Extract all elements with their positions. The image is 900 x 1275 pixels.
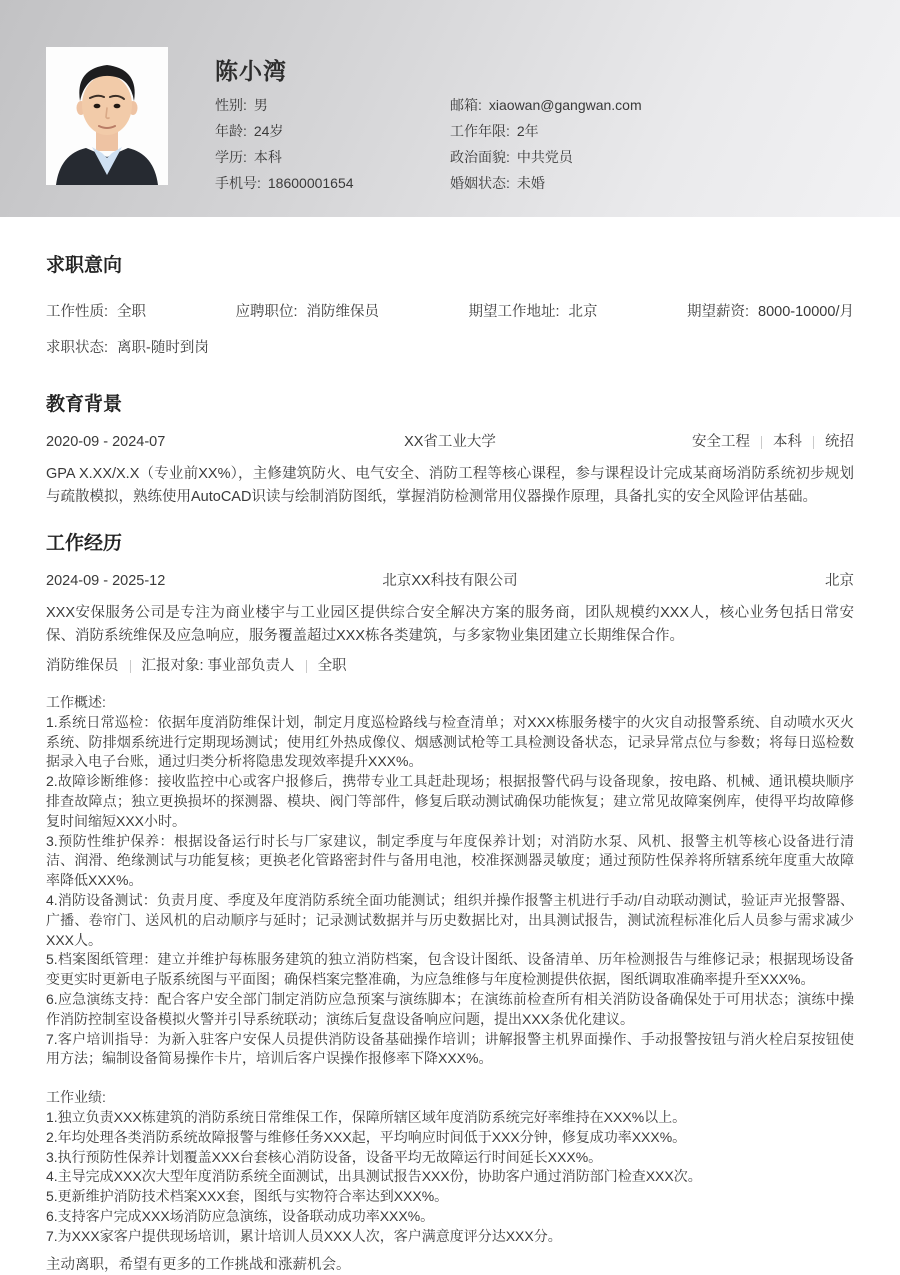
info-experience-years: 工作年限: 2年	[450, 118, 642, 144]
work-achievement-item: 3.执行预防性保养计划覆盖XXX台套核心消防设备，设备平均无故障运行时间延长XX…	[46, 1148, 854, 1168]
work-role-row: 消防维保员 汇报对象: 事业部负责人 全职	[46, 656, 854, 676]
divider-bar	[813, 436, 814, 449]
work-achievement-item: 1.独立负责XXX栋建筑的消防系统日常维保工作，保障所辖区域年度消防系统完好率维…	[46, 1108, 854, 1128]
info-political-status-label: 政治面貌:	[450, 147, 510, 167]
info-experience-years-label: 工作年限:	[450, 121, 510, 141]
intent-location-label: 期望工作地址:	[469, 302, 560, 322]
work-period: 2024-09 - 2025-12	[46, 571, 382, 591]
divider-bar	[761, 436, 762, 449]
work-achievements-label: 工作业绩:	[46, 1088, 854, 1108]
info-age-label: 年龄:	[215, 121, 247, 141]
info-email: 邮箱: xiaowan@gangwan.com	[450, 92, 642, 118]
work-overview-item: 6.应急演练支持：配合客户安全部门制定消防应急预案与演练脚本；在演练前检查所有相…	[46, 990, 854, 1030]
divider-bar	[130, 660, 131, 673]
info-political-status: 政治面貌: 中共党员	[450, 144, 642, 170]
intent-salary-label: 期望薪资:	[687, 302, 749, 322]
education-admission: 统招	[825, 432, 854, 452]
info-phone-value: 18600001654	[268, 175, 354, 191]
work-achievement-item: 7.为XXX家客户提供现场培训，累计培训人员XXX人次，客户满意度评分达XXX分…	[46, 1227, 854, 1247]
info-degree-label: 学历:	[215, 147, 247, 167]
info-gender-value: 男	[254, 95, 268, 115]
section-title-education: 教育背景	[46, 392, 854, 418]
work-overview-item: 7.客户培训指导：为新入驻客户安保人员提供消防设备基础操作培训；讲解报警主机界面…	[46, 1030, 854, 1070]
intent-position-label: 应聘职位:	[236, 302, 298, 322]
candidate-name: 陈小湾	[215, 53, 287, 86]
company-intro: XXX安保服务公司是专注为商业楼宇与工业园区提供综合安全解决方案的服务商，团队规…	[46, 602, 854, 648]
education-major: 安全工程	[692, 432, 750, 452]
info-gender: 性别: 男	[215, 92, 450, 118]
work-achievement-item: 4.主导完成XXX次大型年度消防系统全面测试，出具测试报告XXX份，协助客户通过…	[46, 1167, 854, 1187]
info-email-value: xiaowan@gangwan.com	[489, 97, 642, 113]
leave-reason: 主动离职，希望有更多的工作挑战和涨薪机会。	[46, 1255, 854, 1275]
work-achievement-item: 2.年均处理各类消防系统故障报警与维修任务XXX起，平均响应时间低于XXX分钟，…	[46, 1128, 854, 1148]
work-header-row: 2024-09 - 2025-12 北京XX科技有限公司 北京	[46, 571, 854, 591]
work-role: 消防维保员	[46, 656, 119, 676]
info-political-status-value: 中共党员	[517, 147, 573, 167]
section-title-job-intent: 求职意向	[46, 253, 854, 279]
info-gender-label: 性别:	[215, 95, 247, 115]
resume-header: 陈小湾 性别: 男 年龄: 24岁 学历: 本科 手机号: 1860000165…	[0, 0, 900, 217]
intent-status-label: 求职状态:	[46, 338, 108, 358]
intent-salary: 期望薪资: 8000-10000/月	[687, 302, 854, 322]
work-overview-item: 2.故障诊断维修：接收监控中心或客户报修后，携带专业工具赶赴现场；根据报警代码与…	[46, 772, 854, 831]
resume-body: 求职意向 工作性质: 全职 应聘职位: 消防维保员 期望工作地址: 北京 期望薪…	[0, 253, 900, 1275]
work-overview-item: 1.系统日常巡检：依据年度消防维保计划，制定月度巡检路线与检查清单；对XXX栋服…	[46, 713, 854, 772]
info-degree-value: 本科	[254, 147, 282, 167]
work-achievement-item: 6.支持客户完成XXX场消防应急演练，设备联动成功率XXX%。	[46, 1207, 854, 1227]
info-age: 年龄: 24岁	[215, 118, 450, 144]
work-overview-item: 3.预防性维护保养：根据设备运行时长与厂家建议，制定季度与年度保养计划；对消防水…	[46, 832, 854, 891]
intent-position: 应聘职位: 消防维保员	[236, 302, 380, 322]
work-overview-item: 4.消防设备测试：负责月度、季度及年度消防系统全面功能测试；组织并操作报警主机进…	[46, 891, 854, 950]
work-report-to: 汇报对象: 事业部负责人	[142, 656, 295, 676]
education-degree: 本科	[773, 432, 802, 452]
education-description: GPA X.XX/X.X（专业前XX%），主修建筑防火、电气安全、消防工程等核心…	[46, 463, 854, 509]
personal-info-grid: 性别: 男 年龄: 24岁 学历: 本科 手机号: 18600001654 邮箱…	[215, 92, 642, 196]
info-phone: 手机号: 18600001654	[215, 170, 450, 196]
intent-job-nature-value: 全职	[117, 302, 146, 322]
portrait-illustration	[46, 47, 168, 185]
intent-status-value: 离职-随时到岗	[117, 338, 209, 358]
education-header-row: 2020-09 - 2024-07 XX省工业大学 安全工程 本科 统招	[46, 432, 854, 452]
intent-job-nature: 工作性质: 全职	[46, 302, 146, 322]
intent-location-value: 北京	[569, 302, 598, 322]
work-employment-type: 全职	[318, 656, 347, 676]
work-overview-item: 5.档案图纸管理：建立并维护每栋服务建筑的独立消防档案，包含设计图纸、设备清单、…	[46, 950, 854, 990]
work-location: 北京	[825, 571, 854, 591]
info-marital-status-value: 未婚	[517, 173, 545, 193]
education-meta: 安全工程 本科 统招	[692, 432, 854, 452]
info-experience-years-value: 2年	[517, 121, 539, 141]
intent-job-nature-label: 工作性质:	[46, 302, 108, 322]
divider-bar	[306, 660, 307, 673]
education-school: XX省工业大学	[404, 432, 496, 452]
intent-salary-value: 8000-10000/月	[758, 302, 854, 322]
info-marital-status: 婚姻状态: 未婚	[450, 170, 642, 196]
section-title-work-experience: 工作经历	[46, 531, 854, 557]
resume-page: 陈小湾 性别: 男 年龄: 24岁 学历: 本科 手机号: 1860000165…	[0, 0, 900, 1275]
job-intent-fields: 工作性质: 全职 应聘职位: 消防维保员 期望工作地址: 北京 期望薪资: 80…	[46, 302, 854, 322]
info-age-value: 24岁	[254, 121, 284, 141]
work-company: 北京XX科技有限公司	[382, 571, 517, 591]
info-phone-label: 手机号:	[215, 173, 261, 193]
info-marital-status-label: 婚姻状态:	[450, 173, 510, 193]
work-achievement-item: 5.更新维护消防技术档案XXX套，图纸与实物符合率达到XXX%。	[46, 1187, 854, 1207]
intent-location: 期望工作地址: 北京	[469, 302, 598, 322]
intent-status: 求职状态: 离职-随时到岗	[46, 338, 854, 358]
info-degree: 学历: 本科	[215, 144, 450, 170]
work-overview-label: 工作概述:	[46, 693, 854, 713]
info-email-label: 邮箱:	[450, 95, 482, 115]
profile-photo	[46, 47, 168, 185]
education-period: 2020-09 - 2024-07	[46, 432, 404, 452]
intent-position-value: 消防维保员	[307, 302, 380, 322]
